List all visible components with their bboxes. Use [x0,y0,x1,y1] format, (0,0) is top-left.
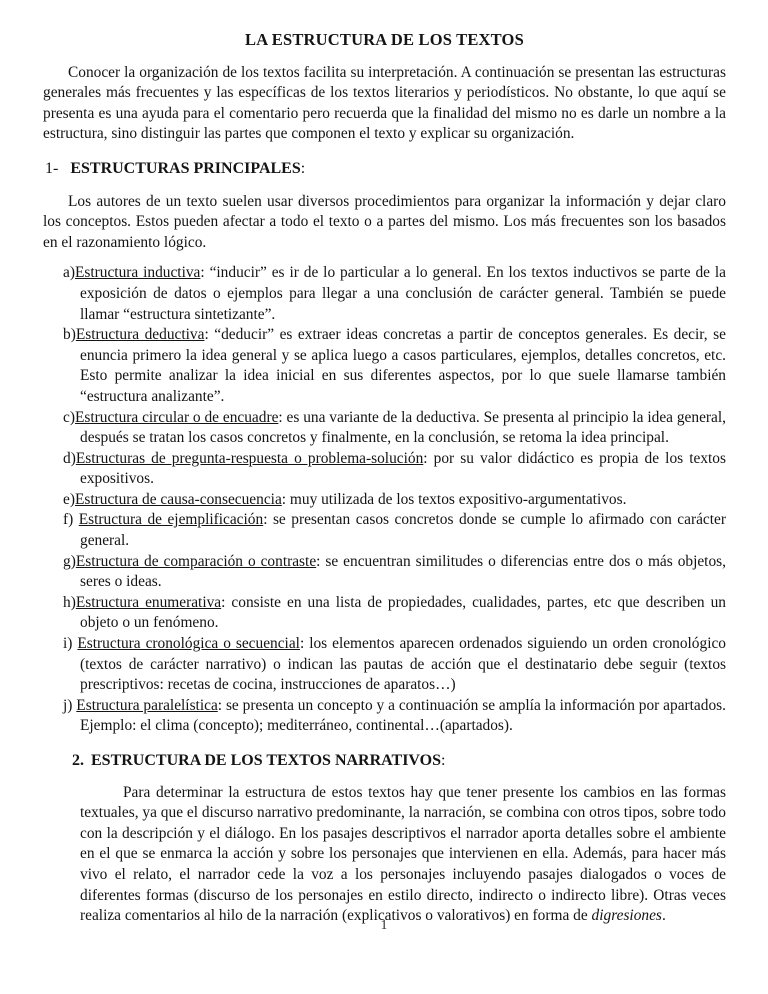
item-term: Estructura paralelística [76,697,217,714]
item-term: Estructura de ejemplificación [79,511,263,528]
item-term: Estructura deductiva [76,326,205,343]
list-item-g: g)Estructura de comparación o contraste:… [63,552,726,593]
section-1-colon: : [301,160,305,177]
list-item-d: d)Estructuras de pregunta-respuesta o pr… [63,449,726,490]
item-label: f) [63,511,79,528]
section-1-lead-paragraph: Los autores de un texto suelen usar dive… [43,192,726,254]
item-term: Estructuras de pregunta-respuesta o prob… [76,450,423,467]
list-item-f: f) Estructura de ejemplificación: se pre… [63,510,726,551]
item-term: Estructura de comparación o contraste [76,553,316,570]
item-label: a) [63,264,75,281]
item-term: Estructura enumerativa [76,594,221,611]
document-page: LA ESTRUCTURA DE LOS TEXTOS Conocer la o… [0,0,768,994]
section-1-number: 1- [45,160,58,177]
item-term: Estructura de causa-consecuencia [75,491,282,508]
item-label: j) [63,697,76,714]
page-number: 1 [0,915,768,936]
section-2-paragraph: Para determinar la estructura de estos t… [80,783,726,927]
section-1-heading: 1-ESTRUCTURAS PRINCIPALES: [45,159,726,180]
section-1-title: ESTRUCTURAS PRINCIPALES [70,160,300,177]
list-item-i: i) Estructura cronológica o secuencial: … [63,634,726,696]
section-2-heading: 2.ESTRUCTURA DE LOS TEXTOS NARRATIVOS: [72,751,726,772]
list-item-a: a)Estructura inductiva: “inducir” es ir … [63,263,726,325]
item-label: h) [63,594,76,611]
item-term: Estructura cronológica o secuencial [77,635,300,652]
page-title: LA ESTRUCTURA DE LOS TEXTOS [43,30,726,51]
section-2-number: 2. [72,752,84,769]
item-term: Estructura inductiva [75,264,200,281]
list-item-c: c)Estructura circular o de encuadre: es … [63,408,726,449]
list-item-e: e)Estructura de causa-consecuencia: muy … [63,490,726,511]
item-label: i) [63,635,77,652]
section-2-title: ESTRUCTURA DE LOS TEXTOS NARRATIVOS [91,752,441,769]
list-item-h: h)Estructura enumerativa: consiste en un… [63,593,726,634]
section-2-text: Para determinar la estructura de estos t… [80,784,726,925]
section-2-colon: : [441,752,445,769]
list-item-b: b)Estructura deductiva: “deducir” es ext… [63,325,726,407]
item-label: g) [63,553,76,570]
intro-paragraph: Conocer la organización de los textos fa… [43,63,726,145]
item-label: c) [63,409,75,426]
item-label: e) [63,491,75,508]
item-desc: : muy utilizada de los textos expositivo… [282,491,627,508]
item-term: Estructura circular o de encuadre [75,409,278,426]
item-label: d) [63,450,76,467]
item-label: b) [63,326,76,343]
structures-list: a)Estructura inductiva: “inducir” es ir … [43,263,726,737]
list-item-j: j) Estructura paralelística: se presenta… [63,696,726,737]
